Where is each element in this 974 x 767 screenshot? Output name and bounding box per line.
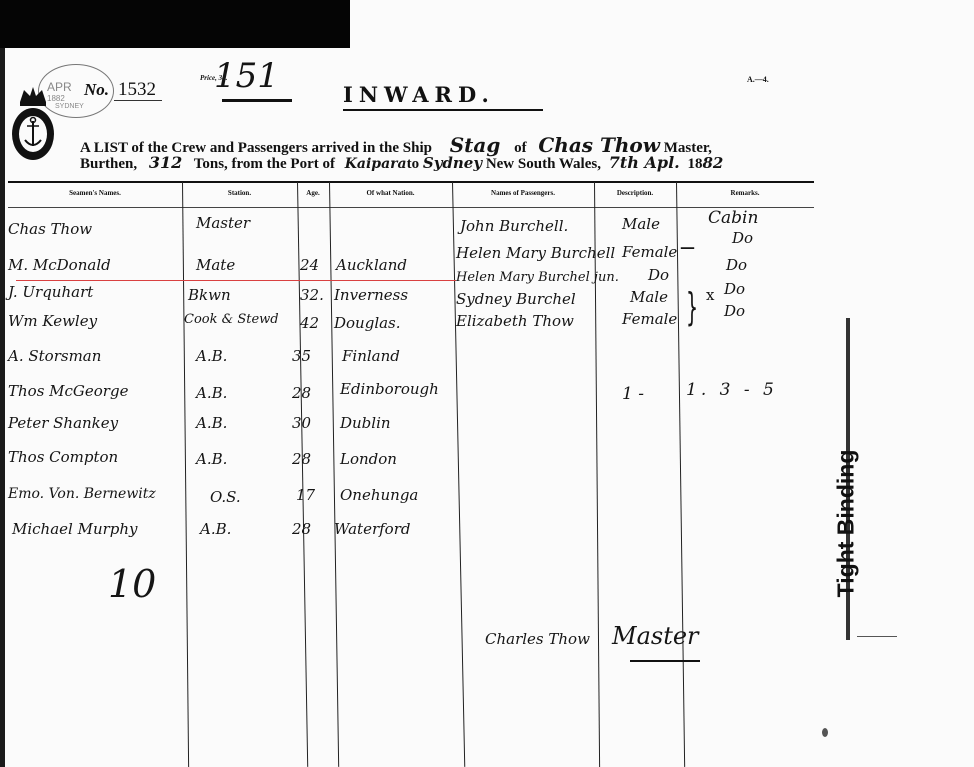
port-to: Sydney bbox=[423, 154, 482, 172]
form-code: A.—4. bbox=[747, 75, 769, 84]
crew-age: 30 bbox=[292, 414, 311, 432]
passenger-remarks: Do bbox=[724, 302, 745, 320]
crew-age: 42 bbox=[300, 314, 319, 332]
table-header-rule bbox=[8, 207, 814, 208]
crew-age: 17 bbox=[296, 486, 315, 504]
red-highlight-line bbox=[16, 280, 456, 281]
crew-age: 32. bbox=[300, 286, 324, 304]
crew-station: Cook & Stewd bbox=[184, 312, 279, 327]
header-seamens-names: Seamen's Names. bbox=[8, 189, 182, 197]
tons-value: 312 bbox=[149, 153, 182, 172]
anchor-crest-icon bbox=[10, 84, 56, 162]
binding-underline bbox=[857, 636, 897, 637]
crew-name: Peter Shankey bbox=[8, 414, 118, 432]
crew-name: M. McDonald bbox=[8, 256, 111, 274]
crew-age: 35 bbox=[292, 347, 311, 365]
header-nation: Of what Nation. bbox=[329, 189, 452, 197]
crew-station: A.B. bbox=[196, 347, 227, 365]
folio-underline bbox=[222, 99, 292, 102]
crew-nation: Finland bbox=[342, 347, 400, 365]
crew-name: Michael Murphy bbox=[12, 520, 138, 538]
crew-nation: London bbox=[340, 450, 397, 468]
crew-station: Mate bbox=[196, 256, 235, 274]
header-remarks: Remarks. bbox=[676, 189, 814, 197]
passenger-name: Sydney Burchel bbox=[456, 290, 576, 308]
crew-station: A.B. bbox=[196, 414, 227, 432]
description-total: 1 - bbox=[622, 384, 644, 404]
number-underline bbox=[114, 100, 162, 101]
signature-title: Master bbox=[612, 622, 699, 650]
passenger-remarks: Do bbox=[724, 280, 745, 298]
passenger-name: Helen Mary Burchel jun. bbox=[456, 270, 619, 285]
to-label: to bbox=[407, 156, 420, 172]
scan-black-margin bbox=[0, 0, 350, 48]
crew-nation: Waterford bbox=[334, 520, 411, 538]
column-divider bbox=[676, 182, 685, 767]
year-prefix: 18 bbox=[687, 156, 702, 172]
crew-name: Thos McGeorge bbox=[8, 382, 128, 400]
crew-nation: Auckland bbox=[336, 256, 407, 274]
tons-label: Tons, from the Port of bbox=[194, 156, 335, 172]
crew-nation: Onehunga bbox=[340, 486, 418, 504]
header-station: Station. bbox=[182, 189, 297, 197]
document-title: INWARD. bbox=[343, 82, 495, 107]
crew-name: Thos Compton bbox=[8, 448, 118, 466]
remarks-total: 1. 3 - 5 bbox=[686, 380, 778, 400]
passenger-name: John Burchell. bbox=[460, 217, 568, 235]
handwritten-folio: 151 bbox=[214, 56, 279, 96]
passenger-name: Helen Mary Burchell bbox=[456, 244, 615, 262]
grouping-brace: } bbox=[686, 285, 698, 329]
table-top-rule bbox=[8, 181, 814, 183]
year-suffix: 82 bbox=[702, 154, 723, 172]
crew-name: J. Urquhart bbox=[8, 283, 93, 301]
crew-age: 28 bbox=[292, 384, 311, 402]
passenger-description: Male bbox=[630, 288, 668, 306]
region-label: New South Wales, bbox=[486, 156, 601, 172]
remarks-dash: — bbox=[680, 238, 695, 256]
crew-name: Emo. Von. Bernewitz bbox=[8, 486, 156, 502]
page-left-edge bbox=[0, 48, 5, 767]
crew-nation: Dublin bbox=[340, 414, 391, 432]
crew-station: O.S. bbox=[210, 488, 241, 506]
port-from: Kaipara bbox=[345, 156, 407, 172]
tight-binding-label: Tight Binding bbox=[852, 420, 892, 620]
bracket-mark: x bbox=[706, 286, 714, 304]
crew-name: Chas Thow bbox=[8, 220, 92, 238]
crew-nation: Inverness bbox=[334, 286, 408, 304]
ink-speck bbox=[822, 728, 828, 737]
crew-age: 28 bbox=[292, 520, 311, 538]
passenger-remarks: Cabin bbox=[708, 208, 758, 228]
passenger-description: Female bbox=[622, 310, 677, 328]
master-signature: Charles Thow bbox=[485, 630, 590, 648]
crew-age: 28 bbox=[292, 450, 311, 468]
header-age: Age. bbox=[297, 189, 329, 197]
document-number: 1532 bbox=[118, 79, 156, 101]
header-passenger-names: Names of Passengers. bbox=[452, 189, 594, 197]
title-rule bbox=[343, 109, 543, 111]
passenger-remarks: Do bbox=[732, 229, 753, 247]
passenger-remarks: Do bbox=[726, 256, 747, 274]
number-label: No. bbox=[84, 80, 109, 100]
crew-station: Bkwn bbox=[188, 286, 231, 304]
crew-count-tally: 10 bbox=[108, 562, 156, 606]
header-description: Description. bbox=[594, 189, 676, 197]
signature-underline bbox=[630, 660, 700, 662]
crew-nation: Douglas. bbox=[334, 314, 401, 332]
crew-nation: Edinborough bbox=[340, 380, 439, 398]
crew-station: A.B. bbox=[196, 384, 227, 402]
crew-name: Wm Kewley bbox=[8, 312, 97, 330]
arrival-date: 7th Apl. bbox=[609, 153, 680, 172]
passenger-name: Elizabeth Thow bbox=[456, 312, 574, 330]
column-divider bbox=[182, 182, 189, 767]
crew-station: Master bbox=[196, 214, 250, 232]
passenger-description: Do bbox=[648, 266, 669, 284]
passenger-description: Female bbox=[622, 243, 677, 261]
crew-age: 24 bbox=[300, 256, 319, 274]
stamp-city: SYDNEY bbox=[55, 103, 84, 110]
crew-station: A.B. bbox=[196, 450, 227, 468]
passenger-description: Male bbox=[622, 215, 660, 233]
burthen-label: Burthen, bbox=[80, 156, 137, 172]
tight-binding-text: Tight Binding bbox=[832, 450, 859, 598]
crew-station: A.B. bbox=[200, 520, 231, 538]
header-line-2: Burthen, 312 Tons, from the Port of Kaip… bbox=[80, 153, 723, 173]
crew-name: A. Storsman bbox=[8, 347, 101, 365]
